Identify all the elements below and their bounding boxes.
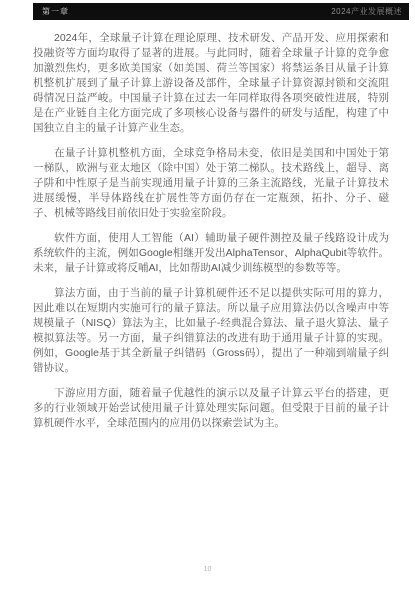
document-body: 2024年，全球量子计算在理论原理、技术研发、产品开发、应用探索和投融资等方面均… xyxy=(33,31,389,441)
body-paragraph: 下游应用方面，随着量子优越性的演示以及量子计算云平台的搭建，更多的行业领域开始尝… xyxy=(33,386,389,431)
header-chapter-label: 第一章 xyxy=(42,6,69,17)
body-paragraph: 2024年，全球量子计算在理论原理、技术研发、产品开发、应用探索和投融资等方面均… xyxy=(33,31,389,136)
document-page: 第一章 2024产业发展概述 2024年，全球量子计算在理论原理、技术研发、产品… xyxy=(0,0,415,600)
body-paragraph: 算法方面，由于当前的量子计算机硬件还不足以提供实际可用的算力，因此难以在短期内实… xyxy=(33,286,389,376)
body-paragraph: 在量子计算机整机方面，全球竞争格局未变，依旧是美国和中国处于第一梯队，欧洲与亚太… xyxy=(33,146,389,221)
page-header-bar: 第一章 2024产业发展概述 xyxy=(33,3,409,20)
page-number: 10 xyxy=(0,566,415,573)
header-section-title: 2024产业发展概述 xyxy=(331,6,402,17)
body-paragraph: 软件方面，使用人工智能（AI）辅助量子硬件测控及量子线路设计成为系统软件的主流，… xyxy=(33,231,389,276)
